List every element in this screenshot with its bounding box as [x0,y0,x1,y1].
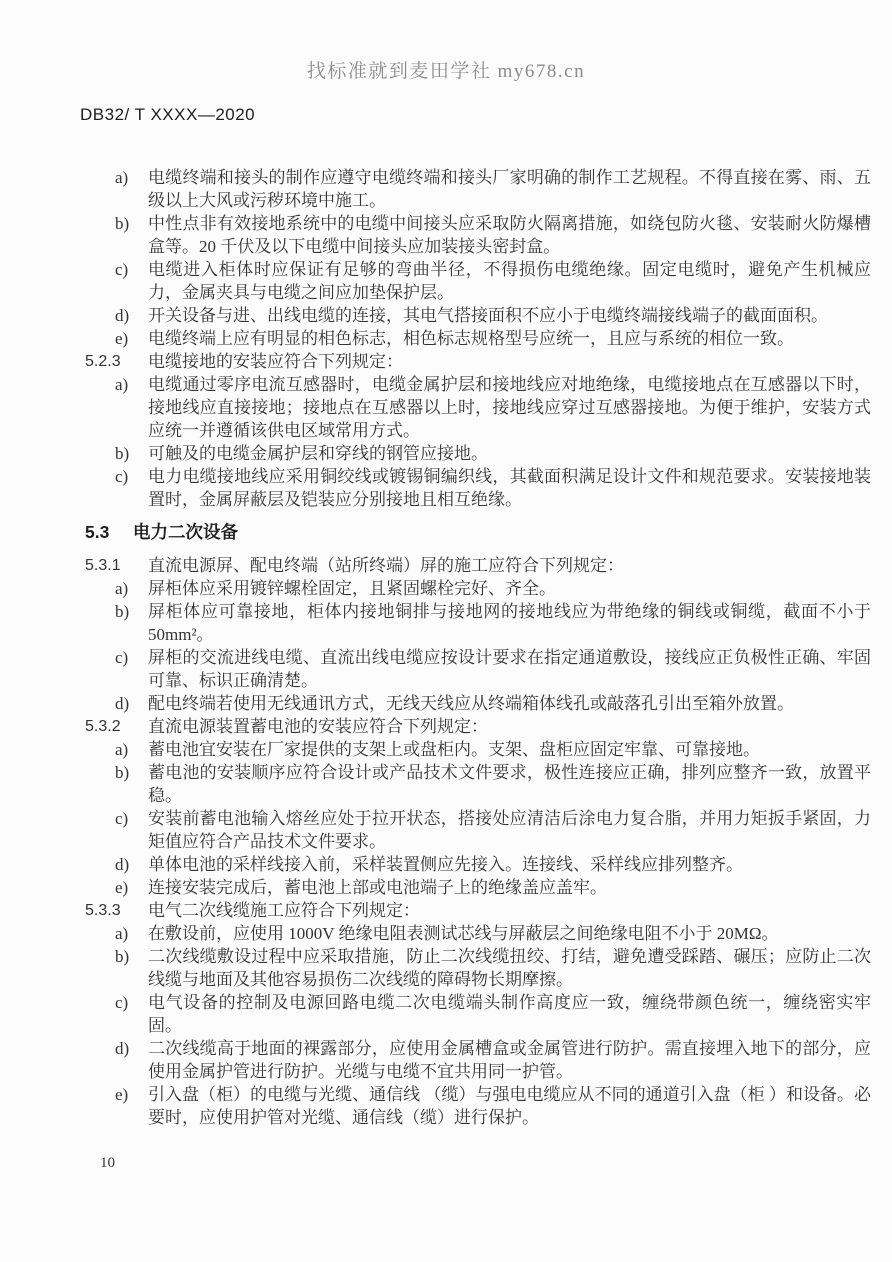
list-item: d)开关设备与进、出线电缆的连接，其电气搭接面积不应小于电缆终端接线端子的截面面… [85,304,871,327]
item-label: a) [115,373,148,442]
item-text: 二次线缆高于地面的裸露部分，应使用金属槽盒或金属管进行防护。需直接埋入地下的部分… [148,1037,871,1083]
clause-line: 5.3.3电气二次线缆施工应符合下列规定： [85,899,871,922]
item-text: 单体电池的采样线接入前，采样装置侧应先接入。连接线、采样线应排列整齐。 [148,853,871,876]
list-item: a)蓄电池宜安装在厂家提供的支架上或盘柜内。支架、盘柜应固定牢靠、可靠接地。 [85,738,871,761]
item-label: b) [115,212,148,258]
list-item: b)中性点非有效接地系统中的电缆中间接头应采取防火隔离措施，如绕包防火毯、安装耐… [85,212,871,258]
item-text: 电缆通过零序电流互感器时，电缆金属护层和接地线应对地绝缘，电缆接地点在互感器以下… [148,373,871,442]
section-number: 5.3 [85,521,133,544]
clause-text: 电气二次线缆施工应符合下列规定： [148,899,871,922]
item-text: 电力电缆接地线应采用铜绞线或镀锡铜编织线，其截面积满足设计文件和规范要求。安装接… [148,465,871,511]
clause-number: 5.3.2 [85,715,148,738]
item-label: a) [115,922,148,945]
item-label: c) [115,465,148,511]
item-text: 蓄电池的安装顺序应符合设计或产品技术文件要求，极性连接应正确，排列应整齐一致，放… [148,761,871,807]
list-item: c)屏柜的交流进线电缆、直流出线电缆应按设计要求在指定通道敷设，接线应正负极性正… [85,646,871,692]
clause-line: 5.2.3电缆接地的安装应符合下列规定： [85,350,871,373]
list-item: a)电缆终端和接头的制作应遵守电缆终端和接头厂家明确的制作工艺规程。不得直接在雾… [85,166,871,212]
item-label: d) [115,692,148,715]
clause-number: 5.2.3 [85,350,148,373]
item-label: d) [115,853,148,876]
section-title: 电力二次设备 [133,521,238,544]
item-label: d) [115,304,148,327]
item-text: 电缆进入柜体时应保证有足够的弯曲半径，不得损伤电缆绝缘。固定电缆时，避免产生机械… [148,258,871,304]
list-item: d)配电终端若使用无线通讯方式，无线天线应从终端箱体线孔或敲落孔引出至箱外放置。 [85,692,871,715]
list-item: b)蓄电池的安装顺序应符合设计或产品技术文件要求，极性连接应正确，排列应整齐一致… [85,761,871,807]
item-label: e) [115,1083,148,1129]
clause-number: 5.3.3 [85,899,148,922]
list-item: c)电缆进入柜体时应保证有足够的弯曲半径，不得损伤电缆绝缘。固定电缆时，避免产生… [85,258,871,304]
item-label: b) [115,600,148,646]
doc-code: DB32/ T XXXX—2020 [80,105,255,125]
clause-line: 5.3.1直流电源屏、配电终端（站所终端）屏的施工应符合下列规定： [85,554,871,577]
item-label: a) [115,738,148,761]
item-text: 连接安装完成后，蓄电池上部或电池端子上的绝缘盖应盖牢。 [148,876,871,899]
item-label: b) [115,442,148,465]
list-item: c)安装前蓄电池输入熔丝应处于拉开状态，搭接处应清洁后涂电力复合脂，并用力矩扳手… [85,807,871,853]
item-label: a) [115,166,148,212]
item-label: b) [115,761,148,807]
item-label: c) [115,258,148,304]
list-item: d)二次线缆高于地面的裸露部分，应使用金属槽盒或金属管进行防护。需直接埋入地下的… [85,1037,871,1083]
item-text: 屏柜体应采用镀锌螺栓固定，且紧固螺栓完好、齐全。 [148,577,871,600]
item-text: 可触及的电缆金属护层和穿线的钢管应接地。 [148,442,871,465]
list-item: c)电力电缆接地线应采用铜绞线或镀锡铜编织线，其截面积满足设计文件和规范要求。安… [85,465,871,511]
document-page: 找标准就到麦田学社 my678.cn DB32/ T XXXX—2020 a)电… [0,0,892,1262]
item-label: c) [115,646,148,692]
item-text: 电缆终端和接头的制作应遵守电缆终端和接头厂家明确的制作工艺规程。不得直接在雾、雨… [148,166,871,212]
list-item: e)连接安装完成后，蓄电池上部或电池端子上的绝缘盖应盖牢。 [85,876,871,899]
item-text: 电缆终端上应有明显的相色标志，相色标志规格型号应统一，且应与系统的相位一致。 [148,327,871,350]
list-item: b)二次线缆敷设过程中应采取措施，防止二次线缆扭绞、打结，避免遭受踩踏、碾压；应… [85,945,871,991]
list-item: a)屏柜体应采用镀锌螺栓固定，且紧固螺栓完好、齐全。 [85,577,871,600]
list-item: d)单体电池的采样线接入前，采样装置侧应先接入。连接线、采样线应排列整齐。 [85,853,871,876]
item-label: e) [115,327,148,350]
list-item: b)屏柜体应可靠接地，柜体内接地铜排与接地网的接地线应为带绝缘的铜线或铜缆，截面… [85,600,871,646]
clause-text: 电缆接地的安装应符合下列规定： [148,350,871,373]
item-text: 屏柜体应可靠接地，柜体内接地铜排与接地网的接地线应为带绝缘的铜线或铜缆，截面不小… [148,600,871,646]
item-label: e) [115,876,148,899]
list-item: a)电缆通过零序电流互感器时，电缆金属护层和接地线应对地绝缘，电缆接地点在互感器… [85,373,871,442]
item-label: c) [115,807,148,853]
page-number: 10 [100,1155,115,1172]
clause-number: 5.3.1 [85,554,148,577]
item-text: 蓄电池宜安装在厂家提供的支架上或盘柜内。支架、盘柜应固定牢靠、可靠接地。 [148,738,871,761]
item-text: 开关设备与进、出线电缆的连接，其电气搭接面积不应小于电缆终端接线端子的截面面积。 [148,304,871,327]
list-item: c)电气设备的控制及电源回路电缆二次电缆端头制作高度应一致，缠绕带颜色统一，缠绕… [85,991,871,1037]
item-text: 电气设备的控制及电源回路电缆二次电缆端头制作高度应一致，缠绕带颜色统一，缠绕密实… [148,991,871,1037]
document-body: a)电缆终端和接头的制作应遵守电缆终端和接头厂家明确的制作工艺规程。不得直接在雾… [85,166,871,1129]
list-item: a)在敷设前，应使用 1000V 绝缘电阻表测试芯线与屏蔽层之间绝缘电阻不小于 … [85,922,871,945]
item-text: 引入盘（柜）的电缆与光缆、通信线 （缆）与强电电缆应从不同的通道引入盘（柜 ）和… [148,1083,871,1129]
list-item: e)电缆终端上应有明显的相色标志，相色标志规格型号应统一，且应与系统的相位一致。 [85,327,871,350]
item-text: 屏柜的交流进线电缆、直流出线电缆应按设计要求在指定通道敷设，接线应正负极性正确、… [148,646,871,692]
item-label: c) [115,991,148,1037]
list-item: e)引入盘（柜）的电缆与光缆、通信线 （缆）与强电电缆应从不同的通道引入盘（柜 … [85,1083,871,1129]
item-label: a) [115,577,148,600]
list-item: b)可触及的电缆金属护层和穿线的钢管应接地。 [85,442,871,465]
item-text: 在敷设前，应使用 1000V 绝缘电阻表测试芯线与屏蔽层之间绝缘电阻不小于 20… [148,922,871,945]
item-text: 安装前蓄电池输入熔丝应处于拉开状态，搭接处应清洁后涂电力复合脂，并用力矩扳手紧固… [148,807,871,853]
clause-line: 5.3.2直流电源装置蓄电池的安装应符合下列规定： [85,715,871,738]
item-text: 配电终端若使用无线通讯方式，无线天线应从终端箱体线孔或敲落孔引出至箱外放置。 [148,692,871,715]
section-heading: 5.3电力二次设备 [85,521,871,544]
item-text: 中性点非有效接地系统中的电缆中间接头应采取防火隔离措施，如绕包防火毯、安装耐火防… [148,212,871,258]
item-label: d) [115,1037,148,1083]
item-label: b) [115,945,148,991]
clause-text: 直流电源装置蓄电池的安装应符合下列规定： [148,715,871,738]
watermark-text: 找标准就到麦田学社 my678.cn [0,56,892,83]
clause-text: 直流电源屏、配电终端（站所终端）屏的施工应符合下列规定： [148,554,871,577]
item-text: 二次线缆敷设过程中应采取措施，防止二次线缆扭绞、打结，避免遭受踩踏、碾压；应防止… [148,945,871,991]
